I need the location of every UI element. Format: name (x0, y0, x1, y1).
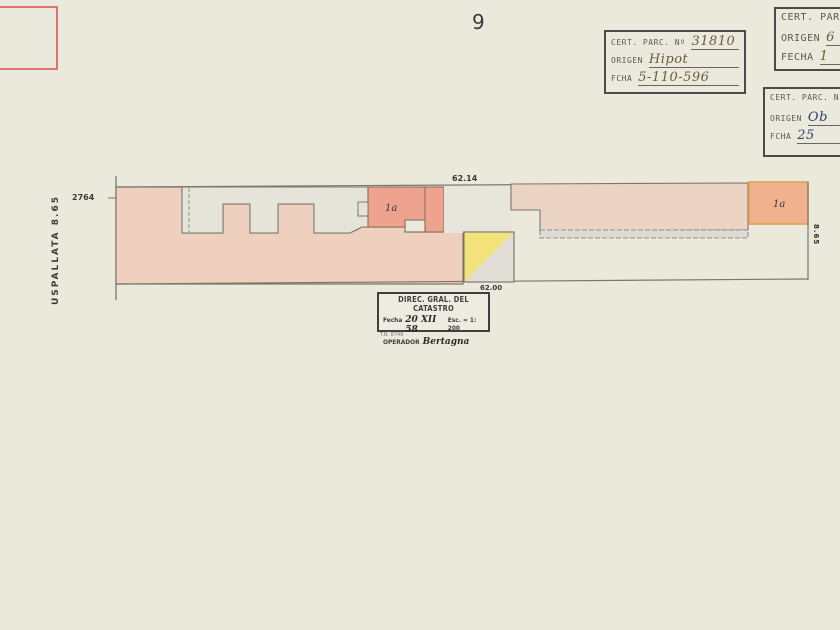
catastro-operator-row: OPERADOR Bertagna (383, 337, 484, 347)
dimension-top: 62.14 (452, 174, 477, 183)
catastro-title: DIREC. GRAL. DEL CATASTRO (383, 295, 484, 313)
catastro-footer: T.B. 8746 (380, 332, 403, 338)
patio-area (182, 187, 368, 233)
unit-1a-left (368, 187, 444, 232)
unit-label-left: 1a (385, 203, 397, 214)
built-area-right (511, 183, 748, 231)
street-number: 2764 (72, 193, 94, 202)
fecha-label: Fecha (383, 316, 402, 324)
operador-value: Bertagna (423, 337, 470, 347)
dimension-right: 8.65 (812, 224, 820, 245)
small-annex (358, 202, 368, 216)
catastro-stamp: DIREC. GRAL. DEL CATASTRO Fecha 20 XII 5… (377, 292, 490, 332)
scale-label: Esc. = 1: 200 (448, 316, 484, 332)
fecha-value: 20 XII 58 (405, 315, 445, 335)
operador-label: OPERADOR (383, 338, 420, 346)
unit-label-right: 1a (773, 199, 785, 210)
middle-open-area (444, 186, 512, 233)
dimension-bottom: 62.00 (480, 284, 502, 292)
gallery-strip (540, 230, 748, 238)
street-name: USPALLATA 8.65 (51, 190, 61, 310)
